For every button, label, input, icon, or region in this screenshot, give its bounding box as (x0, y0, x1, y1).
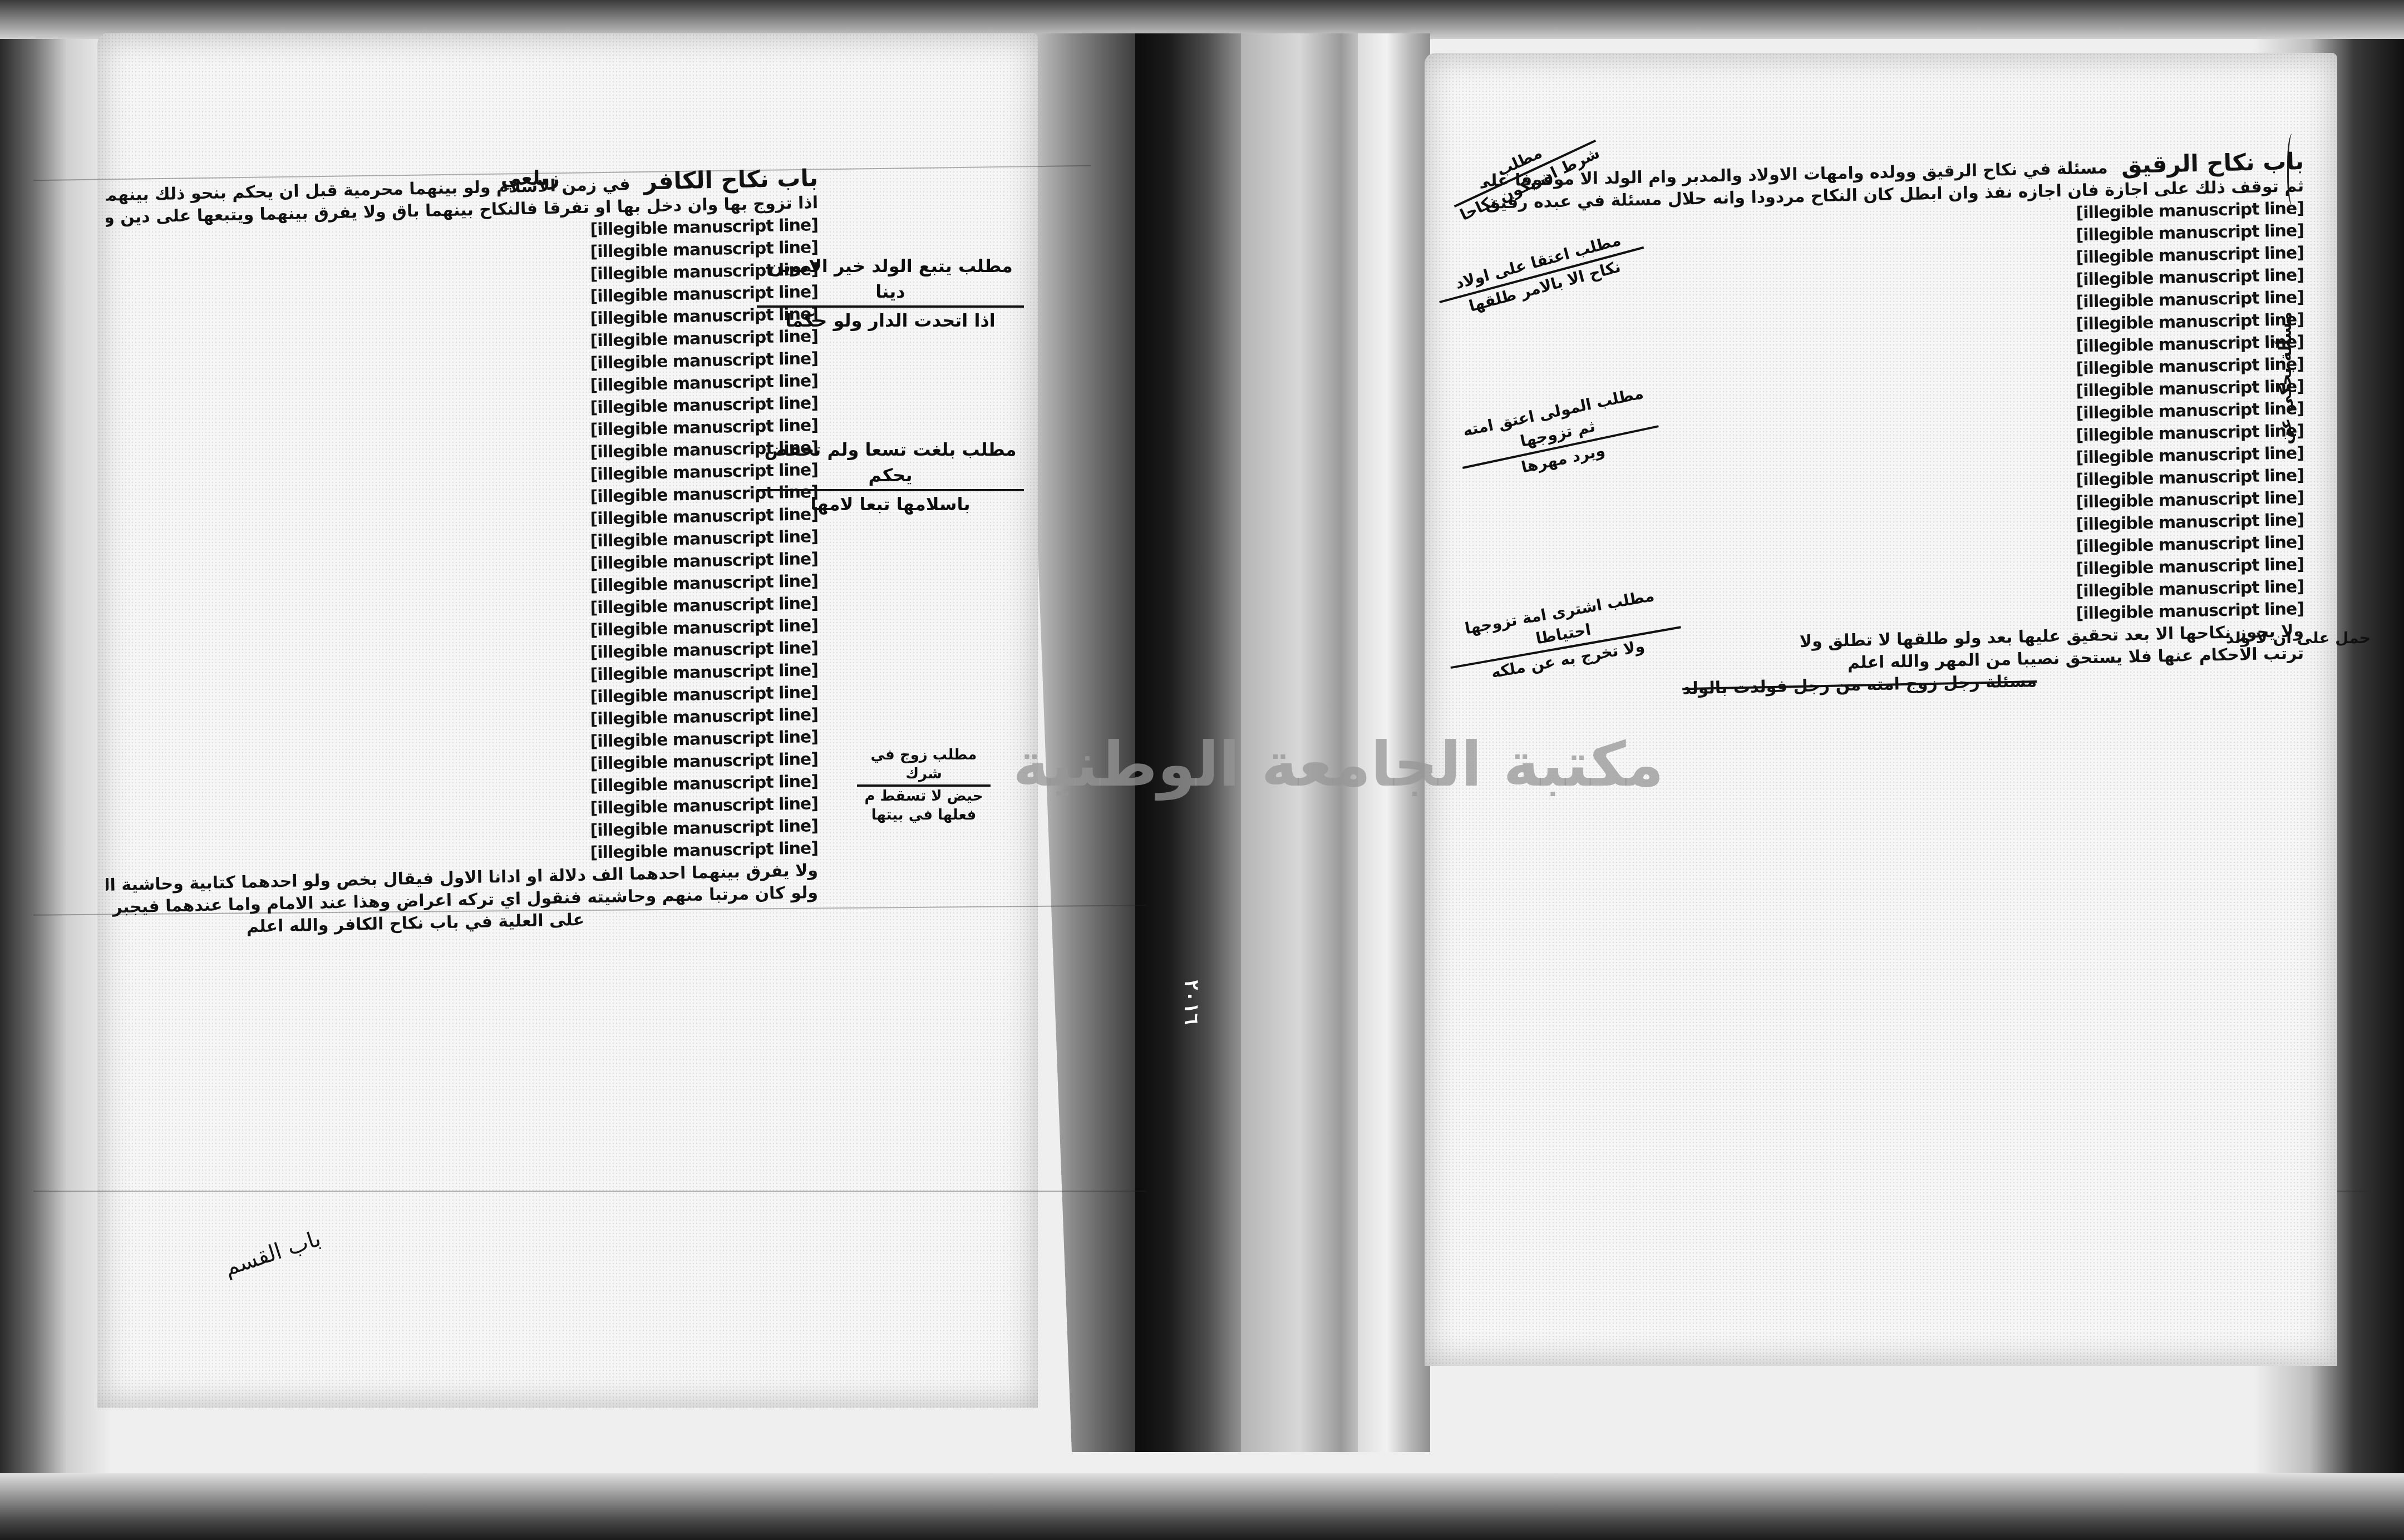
vertical-margin-note: مسألة يحكى عن (2276, 312, 2295, 445)
margin-note: مطلب زوج في شرك حيض لا تسقط م فعلها في ب… (857, 746, 991, 825)
margin-note-body: باسلامها تبعا لامها (757, 491, 1024, 517)
margin-note: مطلب يتبع الولد خير الابوين دينا اذا اتح… (757, 253, 1024, 333)
margin-note: مطلب بلغت تسعا ولم تحفض يحكم باسلامها تب… (757, 437, 1024, 517)
library-watermark: مكتبة الجامعة الوطنية (1013, 729, 1664, 800)
margin-note-body: اذا اتحدت الدار ولو حكما (757, 308, 1024, 333)
film-scratch (33, 1191, 1146, 1192)
margin-note-title: مطلب زوج في شرك (857, 746, 991, 787)
margin-note-title: مطلب بلغت تسعا ولم تحفض يحكم (757, 437, 1024, 491)
spine-frame-number: ٢٠١٦ (1185, 979, 1202, 1025)
margin-note-body: حيض لا تسقط م فعلها في بيتها (857, 787, 991, 825)
margin-note-title: مطلب يتبع الولد خير الابوين دينا (757, 253, 1024, 308)
right-page-heading: باب نكاح الرقيق (2121, 150, 2304, 179)
final-fragment: حمل على ان لا ولد (2226, 629, 2371, 647)
left-page-heading: باب نكاح الكافر (643, 167, 818, 195)
film-bottom-edge (0, 1473, 2404, 1540)
left-page-body: باب نكاح الكافر في زمن الاسلام ولو بينهم… (106, 167, 818, 926)
